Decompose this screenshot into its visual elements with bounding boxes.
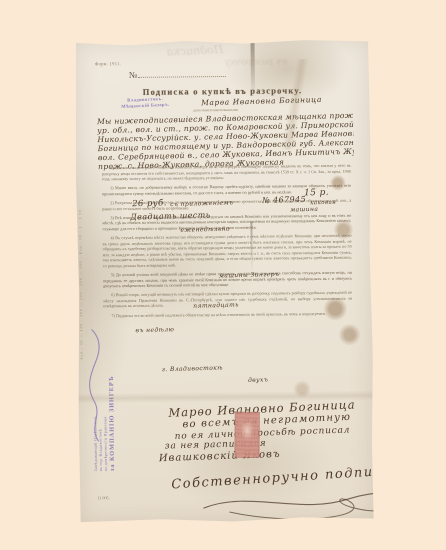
signature-flourish-swoosh	[199, 484, 409, 520]
fill-in-word: машина	[290, 206, 318, 214]
form-footer-code: 11 005.	[97, 495, 109, 500]
number-blank-line	[137, 68, 225, 78]
printed-clause-7: 7) Подписка эта во всей своей надлежитъ …	[103, 310, 352, 318]
bleed-through-text: Подписка	[166, 43, 223, 59]
fill-in-word: въ недѣлю	[135, 326, 174, 334]
form-number-note: Форм. 1911.	[95, 61, 121, 66]
document-title: Подписка о купкѣ въ разсрочку.	[75, 84, 370, 97]
fill-in-word: двухъ	[248, 376, 268, 384]
signature-block: Марѳо Ивановно Богиница во всемъ ея негр…	[74, 38, 369, 41]
document-paper: Подписка въ разсрочку Форм. 1911. № Подп…	[74, 38, 374, 523]
company-ink-stamp: Завѣдывающій Отдѣленіемъ въ гор. Владиво…	[89, 299, 135, 473]
stamp-company-name: за КОМПАНІЮ ЗИНГЕРЪ	[107, 299, 116, 471]
stamp-signature-scribble	[85, 325, 104, 445]
fill-in-price: 15 р.	[304, 188, 329, 199]
revenue-stamp	[234, 412, 259, 458]
fill-in-machine-number: № 467945	[262, 195, 306, 205]
stamp-bazaar-line: Мѣщанскій Базаръ.	[121, 102, 170, 110]
fill-in-weekly: еженедѣльно	[180, 226, 230, 234]
number-sign: №	[129, 70, 138, 80]
location-ink-stamp: Владивостокъ. Мѣщанскій Базаръ.	[121, 96, 170, 110]
header-handwritten-name: Марѳа Ивановна Богиница	[201, 95, 322, 107]
bleed-through-text-2: въ разсрочку	[225, 57, 288, 68]
fee-scale-text: Руб.: 50 — 100 · 100 — 200 · 200 — 300 ·…	[78, 161, 84, 359]
printed-terms-column: Правленію Акціонернаго Общества Компаніи…	[102, 163, 353, 322]
fill-in-amount: 26 руб.	[132, 198, 167, 209]
document-number-line: №	[129, 68, 226, 80]
printed-opening-paragraph: Правленію Акціонернаго Общества Компаніи…	[102, 163, 351, 182]
fill-in-word: пятнадцать	[193, 301, 239, 309]
header-small-print: дана нижепоименованными	[193, 108, 238, 112]
fill-in-city: г. Владивостокѣ	[162, 364, 223, 373]
printed-clause-4: 4) Въ случаѣ перемѣны мѣста жительства о…	[103, 233, 352, 269]
photo-background: Подписка въ разсрочку Форм. 1911. № Подп…	[0, 0, 446, 550]
